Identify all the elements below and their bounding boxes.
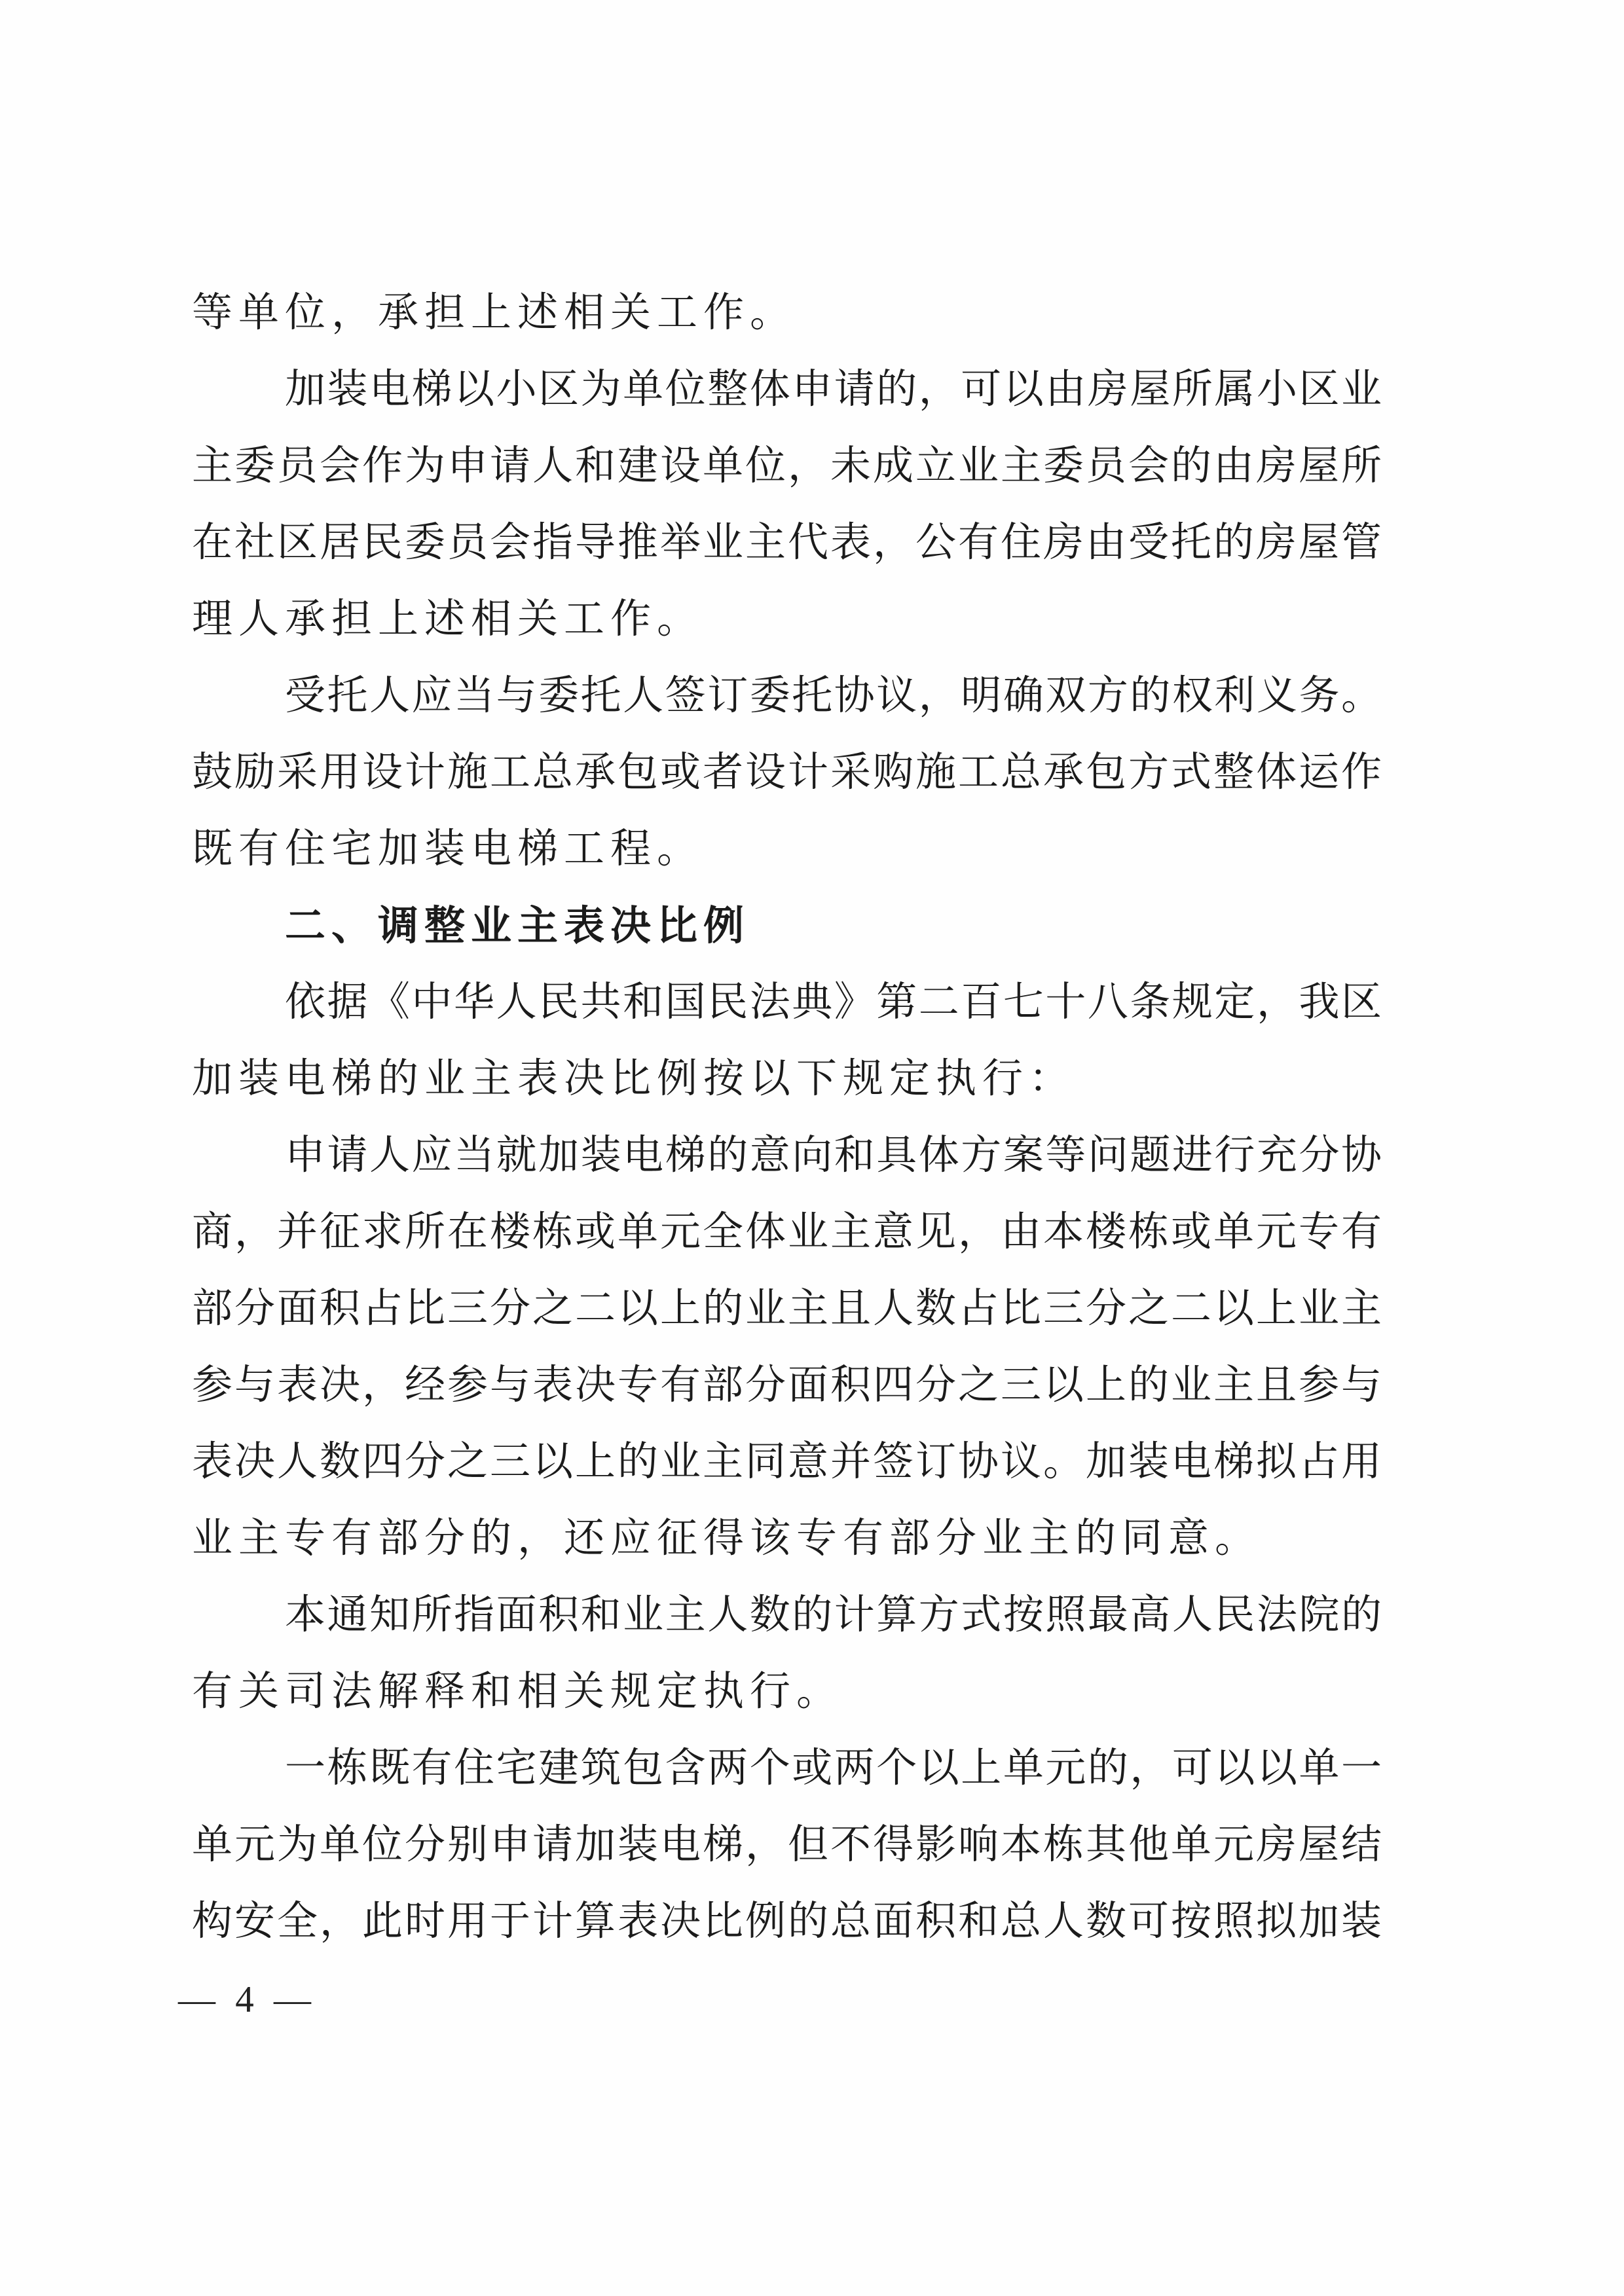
text-line: 本通知所指面积和业主人数的计算方式按照最高人民法院的 <box>192 1577 1382 1654</box>
text-line: 参与表决，经参与表决专有部分面积四分之三以上的业主且参与 <box>192 1347 1382 1424</box>
document-page: 等单位，承担上述相关工作。加装电梯以小区为单位整体申请的，可以由房屋所属小区业主… <box>0 0 1624 2296</box>
text-line: 受托人应当与委托人签订委托协议，明确双方的权利义务。 <box>192 658 1382 735</box>
text-line: 部分面积占比三分之二以上的业主且人数占比三分之二以上业主 <box>192 1271 1382 1347</box>
text-line: 构安全，此时用于计算表决比例的总面积和总人数可按照拟加装 <box>192 1884 1382 1960</box>
text-line: 商，并征求所在楼栋或单元全体业主意见，由本楼栋或单元专有 <box>192 1194 1382 1271</box>
document-lines: 等单位，承担上述相关工作。加装电梯以小区为单位整体申请的，可以由房屋所属小区业主… <box>192 275 1382 1960</box>
text-line: 表决人数四分之三以上的业主同意并签订协议。加装电梯拟占用 <box>192 1424 1382 1501</box>
text-line: 有关司法解释和相关规定执行。 <box>192 1654 1382 1730</box>
section-heading: 二、调整业主表决比例 <box>192 888 1382 964</box>
page-number: — 4 — <box>178 1971 316 2030</box>
text-line: 理人承担上述相关工作。 <box>192 581 1382 658</box>
text-line: 等单位，承担上述相关工作。 <box>192 275 1382 352</box>
text-line: 依据《中华人民共和国民法典》第二百七十八条规定，我区 <box>192 964 1382 1041</box>
text-line: 一栋既有住宅建筑包含两个或两个以上单元的，可以以单一 <box>192 1730 1382 1807</box>
text-line: 在社区居民委员会指导推举业主代表，公有住房由受托的房屋管 <box>192 505 1382 581</box>
text-line: 加装电梯以小区为单位整体申请的，可以由房屋所属小区业 <box>192 352 1382 428</box>
text-line: 单元为单位分别申请加装电梯，但不得影响本栋其他单元房屋结 <box>192 1807 1382 1884</box>
text-line: 鼓励采用设计施工总承包或者设计采购施工总承包方式整体运作 <box>192 735 1382 811</box>
text-line: 加装电梯的业主表决比例按以下规定执行： <box>192 1041 1382 1118</box>
text-line: 既有住宅加装电梯工程。 <box>192 811 1382 888</box>
text-line: 主委员会作为申请人和建设单位，未成立业主委员会的由房屋所 <box>192 428 1382 505</box>
text-line: 业主专有部分的，还应征得该专有部分业主的同意。 <box>192 1501 1382 1577</box>
text-line: 申请人应当就加装电梯的意向和具体方案等问题进行充分协 <box>192 1118 1382 1194</box>
